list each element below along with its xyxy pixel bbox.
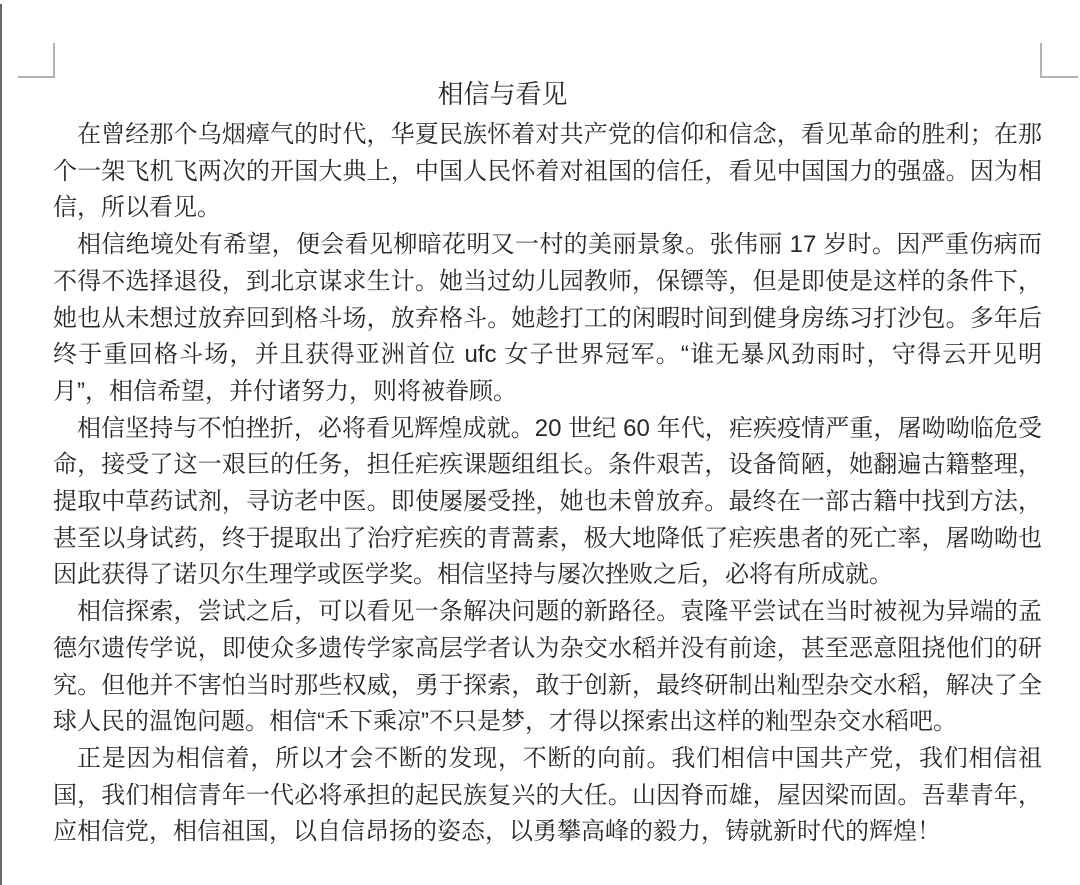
document-body: 在曾经那个乌烟瘴气的时代，华夏民族怀着对共产党的信仰和信念，看见革命的胜利；在那… (53, 117, 1042, 851)
paragraph-2: 相信绝境处有希望，便会看见柳暗花明又一村的美丽景象。张伟丽 17 岁时。因严重伤… (53, 227, 1042, 411)
top-left-crop-mark (18, 76, 55, 78)
top-left-crop-mark (53, 43, 55, 77)
paragraph-3: 相信坚持与不怕挫折，必将看见辉煌成就。20 世纪 60 年代，疟疾疫情严重，屠呦… (53, 411, 1042, 595)
page-left-edge-line (0, 4, 2, 885)
paragraph-1: 在曾经那个乌烟瘴气的时代，华夏民族怀着对共产党的信仰和信念，看见革命的胜利；在那… (53, 117, 1042, 227)
document-page: 相信与看见 在曾经那个乌烟瘴气的时代，华夏民族怀着对共产党的信仰和信念，看见革命… (0, 0, 1080, 885)
paragraph-4: 相信探索，尝试之后，可以看见一条解决问题的新路径。袁隆平尝试在当时被视为异端的孟… (53, 594, 1042, 741)
top-right-crop-mark (1040, 43, 1042, 77)
paragraph-5: 正是因为相信着，所以才会不断的发现，不断的向前。我们相信中国共产党，我们相信祖国… (53, 741, 1042, 851)
document-title: 相信与看见 (8, 80, 997, 108)
top-right-crop-mark (1040, 76, 1078, 78)
